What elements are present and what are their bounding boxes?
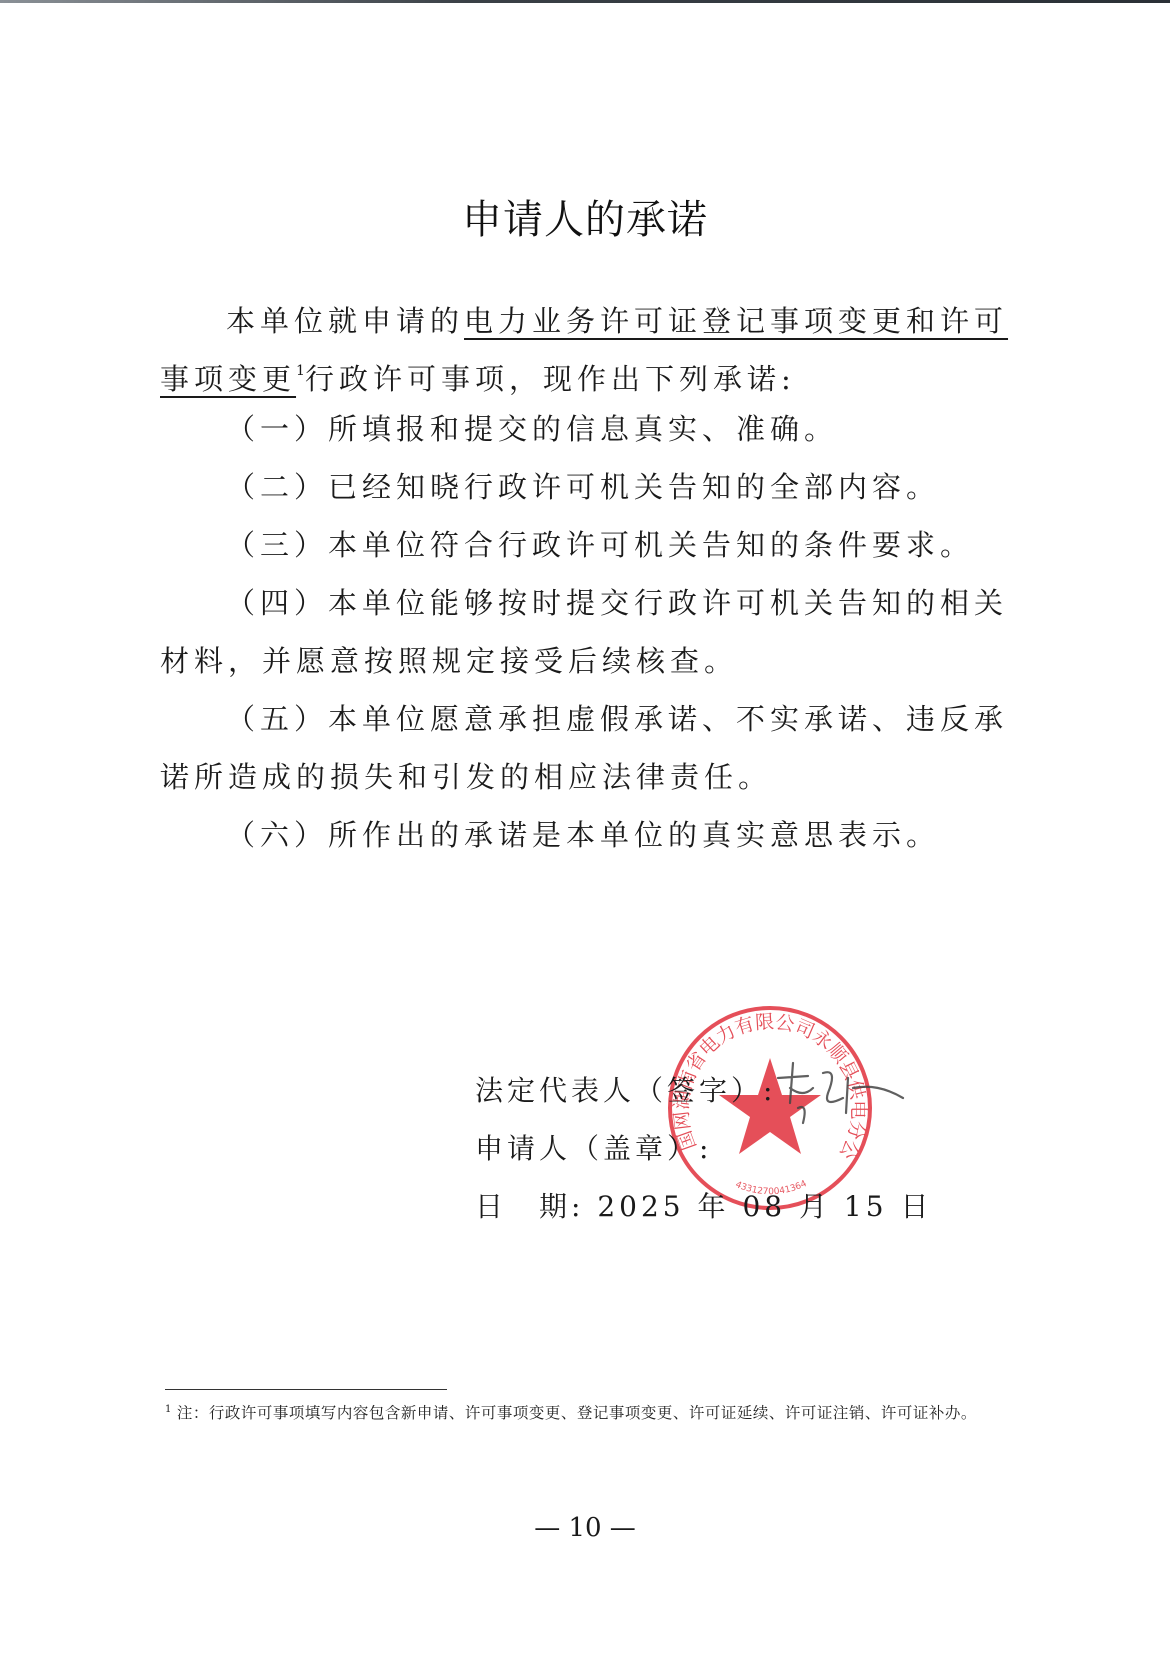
applicant-seal-label: 申请人（盖章）: bbox=[475, 1132, 712, 1165]
footnote-marker: 1 bbox=[296, 363, 305, 379]
intro-underlined-item-cont: 变更 bbox=[228, 362, 296, 396]
applicant-row: 申请人（盖章）: bbox=[475, 1120, 932, 1178]
footnote-number: 1 bbox=[165, 1404, 171, 1415]
month-char: 月 bbox=[799, 1190, 831, 1223]
intro-prefix: 本单位就申请的 bbox=[226, 304, 464, 338]
page-number: — 10 — bbox=[0, 1513, 1170, 1543]
date-label: 日 期: bbox=[475, 1190, 584, 1223]
date-row: 日 期: 2025 年 08 月 15 日 bbox=[475, 1178, 932, 1236]
commitment-item-3: （三）本单位符合行政许可机关告知的条件要求。 bbox=[160, 516, 1010, 574]
legal-representative-label: 法定代表人（签字）: bbox=[475, 1074, 776, 1107]
commitment-item-6: （六）所作出的承诺是本单位的真实意思表示。 bbox=[160, 806, 1010, 864]
commitment-item-2: （二）已经知晓行政许可机关告知的全部内容。 bbox=[160, 458, 1010, 516]
commitments-list: （一）所填报和提交的信息真实、准确。 （二）已经知晓行政许可机关告知的全部内容。… bbox=[160, 400, 1010, 864]
footnote-text: 注：行政许可事项填写内容包含新申请、许可事项变更、登记事项变更、许可证延续、许可… bbox=[177, 1404, 977, 1422]
scan-top-edge bbox=[0, 0, 1170, 3]
footnote-divider bbox=[165, 1389, 447, 1390]
intro-suffix: 行政许可事项，现作出下列承诺: bbox=[305, 362, 796, 396]
document-title: 申请人的承诺 bbox=[0, 188, 1170, 245]
year-char: 年 bbox=[698, 1190, 730, 1223]
footnote: 1 注：行政许可事项填写内容包含新申请、许可事项变更、登记事项变更、许可证延续、… bbox=[165, 1400, 1015, 1427]
signature-block: 法定代表人（签字）: 申请人（盖章）: 日 期: 2025 年 08 月 15 … bbox=[475, 1062, 932, 1236]
intro-paragraph: 本单位就申请的电力业务许可证登记事项变更和许可事项变更1行政许可事项，现作出下列… bbox=[160, 292, 1010, 408]
date-month: 08 bbox=[742, 1190, 786, 1223]
commitment-item-4: （四）本单位能够按时提交行政许可机关告知的相关材料，并愿意按照规定接受后续核查。 bbox=[160, 574, 1010, 690]
date-day: 15 bbox=[844, 1190, 888, 1223]
date-year: 2025 bbox=[597, 1190, 684, 1223]
commitment-item-1: （一）所填报和提交的信息真实、准确。 bbox=[160, 400, 1010, 458]
day-char: 日 bbox=[900, 1190, 932, 1223]
legal-representative-row: 法定代表人（签字）: bbox=[475, 1062, 932, 1120]
commitment-item-5: （五）本单位愿意承担虚假承诺、不实承诺、违反承诺所造成的损失和引发的相应法律责任… bbox=[160, 690, 1010, 806]
